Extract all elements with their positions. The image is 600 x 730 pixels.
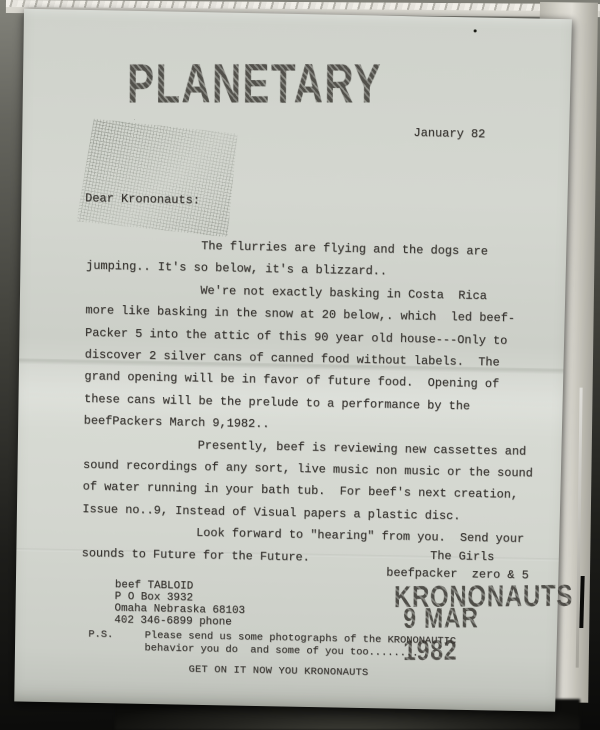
signature: The Girls <box>430 549 494 564</box>
text-line: 402 346-6899 phone <box>114 615 245 629</box>
closing-exhortation: GET ON IT NOW YOU KRONONAUTS <box>188 664 368 679</box>
letter-sheet: PLANETARY January 82 Dear Krononauts: Th… <box>14 9 572 712</box>
photo-background: { "photo": { "paper_color": "#d3d6cf", "… <box>0 0 600 730</box>
sender-address: beef TABLOIDP O Box 3932Omaha Nebraska 6… <box>114 580 245 629</box>
salutation: Dear Krononauts: <box>85 191 200 207</box>
ps-label: P.S. <box>88 629 113 641</box>
ink-dot <box>474 29 477 32</box>
planetary-header-stamp: PLANETARY <box>127 51 382 116</box>
letter-body: The flurries are flying and the dogs are… <box>82 233 539 573</box>
letter-date: January 82 <box>413 126 485 141</box>
ps-text: Please send us some photographs of the K… <box>144 630 456 661</box>
ink-smudge-stamp <box>77 113 242 242</box>
